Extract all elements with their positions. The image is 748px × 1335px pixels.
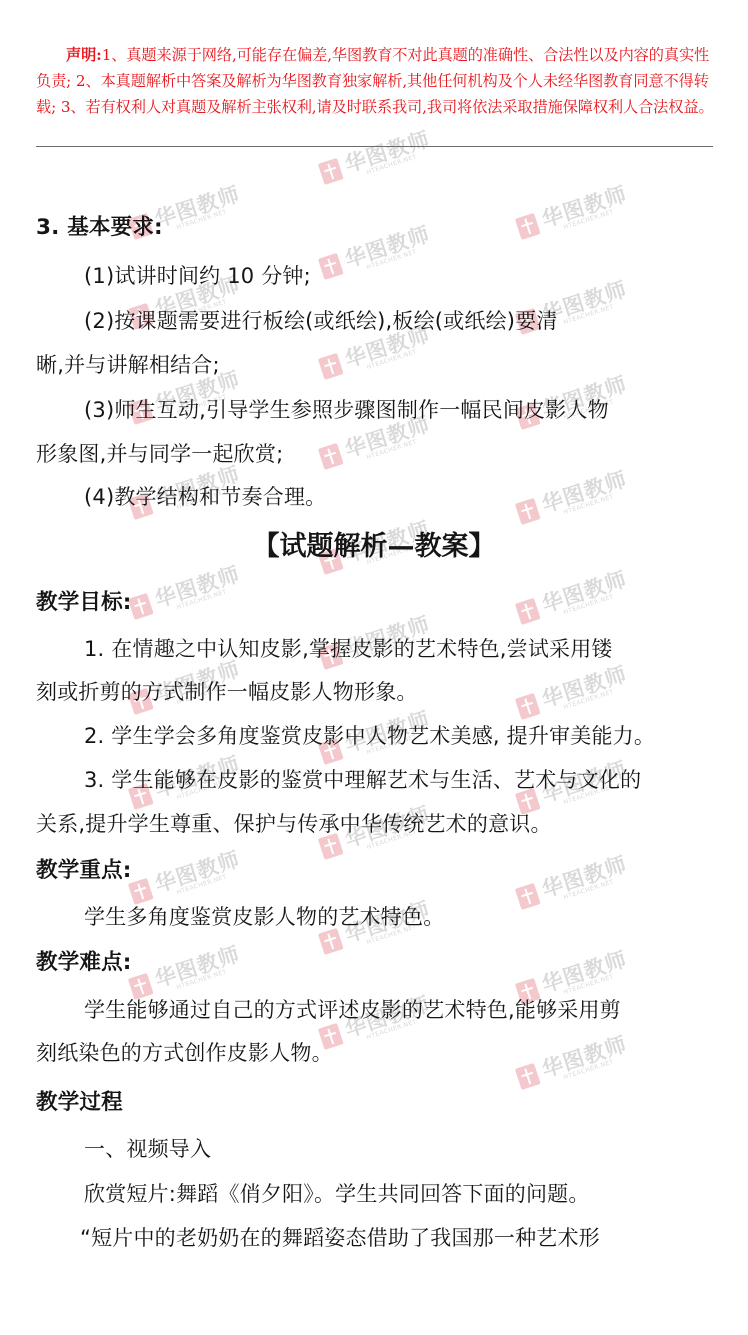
requirement-item-4: (4)教学结构和节奏合理。 [84,483,326,511]
disclaimer-text: 1、真题来源于网络,可能存在偏差,华图教育不对此真题的准确性、合法性以及内容的真… [36,46,714,116]
process-section-1: 一、视频导入 [84,1135,211,1163]
analysis-title: 【试题解析—教案】 [0,529,748,565]
watermark-logo: 华图教师HTEACHER.NET [512,1022,638,1097]
watermark-logo: 华图教师HTEACHER.NET [512,172,638,247]
section-heading-key-points: 教学重点: [36,857,132,885]
watermark-icon [515,693,541,720]
watermark-icon [515,598,541,625]
document-page: 华图教师HTEACHER.NET 华图教师HTEACHER.NET 华图教师HT… [0,0,748,1335]
section-heading-objectives: 教学目标: [36,589,132,617]
requirement-item-1: (1)试讲时间约 10 分钟; [84,262,311,290]
process-text-2: “短片中的老奶奶在的舞蹈姿态借助了我国那一种艺术形 [80,1224,600,1252]
requirement-item-3-cont: 形象图,并与同学一起欣赏; [36,440,283,468]
requirement-item-2: (2)按课题需要进行板绘(或纸绘),板绘(或纸绘)要清 [84,307,558,335]
objective-item-2: 2. 学生学会多角度鉴赏皮影中人物艺术美感, 提升审美能力。 [84,722,655,750]
watermark-logo: 华图教师HTEACHER.NET [125,837,251,912]
process-text-1: 欣赏短片:舞蹈《俏夕阳》。学生共同回答下面的问题。 [84,1180,590,1208]
difficulties-text-cont: 刻纸染色的方式创作皮影人物。 [36,1039,333,1067]
section-heading-difficulties: 教学难点: [36,949,132,977]
watermark-logo: 华图教师HTEACHER.NET [315,117,441,192]
watermark-icon [515,1063,541,1090]
watermark-icon [515,498,541,525]
watermark-icon [515,883,541,910]
objective-item-3: 3. 学生能够在皮影的鉴赏中理解艺术与生活、艺术与文化的 [84,766,641,794]
watermark-logo: 华图教师HTEACHER.NET [512,842,638,917]
watermark-icon [318,353,344,380]
requirement-item-2-cont: 晰,并与讲解相结合; [36,351,220,379]
watermark-logo: 华图教师HTEACHER.NET [512,557,638,632]
difficulties-text: 学生能够通过自己的方式评述皮影的艺术特色,能够采用剪 [84,996,621,1024]
watermark-icon [318,158,344,185]
watermark-icon [318,443,344,470]
watermark-icon [318,253,344,280]
objective-item-3-cont: 关系,提升学生尊重、保护与传承中华传统艺术的意识。 [36,810,552,838]
watermark-icon [515,213,541,240]
key-points-text: 学生多角度鉴赏皮影人物的艺术特色。 [84,903,444,931]
disclaimer: 声明:1、真题来源于网络,可能存在偏差,华图教育不对此真题的准确性、合法性以及内… [36,42,714,120]
requirement-item-3: (3)师生互动,引导学生参照步骤图制作一幅民间皮影人物 [84,396,609,424]
objective-item-1-cont: 刻或折剪的方式制作一幅皮影人物形象。 [36,678,418,706]
watermark-logo: 华图教师HTEACHER.NET [512,457,638,532]
separator-line [36,146,713,147]
section-heading-basic-requirements: 3. 基本要求: [36,214,163,242]
objective-item-1: 1. 在情趣之中认知皮影,掌握皮影的艺术特色,尝试采用镂 [84,635,613,663]
watermark-logo: 华图教师HTEACHER.NET [315,212,441,287]
watermark-logo: 华图教师HTEACHER.NET [512,652,638,727]
section-heading-process: 教学过程 [36,1089,123,1117]
disclaimer-label: 声明: [66,46,102,64]
watermark-icon [318,928,344,955]
